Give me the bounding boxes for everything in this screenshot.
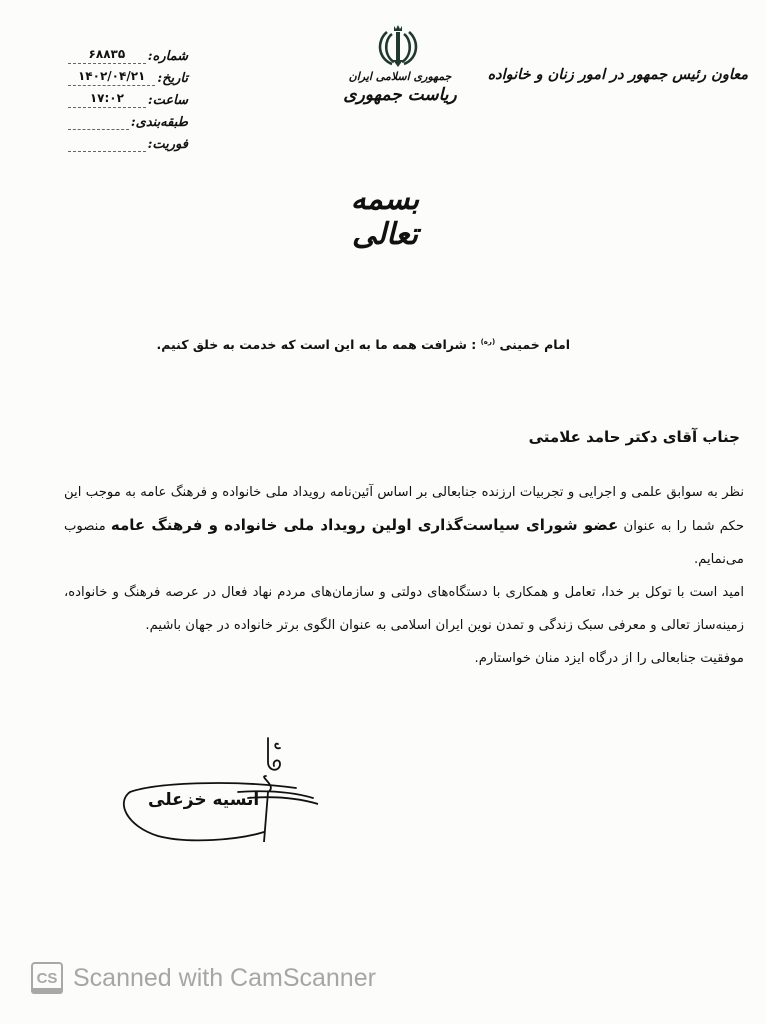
- camscanner-logo-icon: CS: [31, 962, 63, 994]
- quote-line: امام خمینی (ره) : شرافت همه ما به این اس…: [200, 337, 570, 352]
- meta-classification-row: طبقه‌بندی:: [68, 108, 188, 130]
- letter-date: ۱۴۰۲/۰۴/۲۱: [68, 69, 155, 86]
- meta-label: فوریت:: [148, 137, 188, 152]
- meta-label: تاریخ:: [157, 71, 188, 86]
- body-paragraph-closing: موفقیت جنابعالی را از درگاه ایزد منان خو…: [64, 642, 744, 675]
- meta-label: طبقه‌بندی:: [131, 115, 188, 130]
- handwritten-signature-icon: [118, 732, 318, 842]
- meta-label: ساعت:: [148, 93, 188, 108]
- quote-text: : شرافت همه ما به این است که خدمت به خلق…: [156, 337, 476, 352]
- body-paragraph-appointment: نظر به سوابق علمی و اجرایی و تجربیات ارز…: [64, 476, 744, 576]
- addressee: جناب آقای دکتر حامد علامتی: [529, 428, 740, 446]
- quote-speaker: امام خمینی: [500, 337, 570, 352]
- org-country: جمهوری اسلامی ایران: [330, 70, 470, 83]
- body-paragraph-hope: امید است با توکل بر خدا، تعامل و همکاری …: [64, 576, 744, 642]
- appointment-title: عضو شورای سیاست‌گذاری اولین رویداد ملی خ…: [111, 516, 618, 534]
- scanned-letter-page: شماره: ۶۸۸۳۵ تاریخ: ۱۴۰۲/۰۴/۲۱ ساعت: ۱۷:…: [0, 0, 766, 1024]
- camscanner-watermark: CS Scanned with CamScanner: [31, 962, 376, 994]
- org-office: ریاست جمهوری: [330, 85, 470, 105]
- iran-emblem-icon: [372, 24, 424, 68]
- meta-number-row: شماره: ۶۸۸۳۵: [68, 42, 188, 64]
- signature-block: انسیه خزعلی: [118, 732, 318, 842]
- letter-number: ۶۸۸۳۵: [68, 47, 146, 64]
- meta-urgency-row: فوریت:: [68, 130, 188, 152]
- basmala-heading: بسمه تعالی: [330, 182, 440, 252]
- meta-label: شماره:: [148, 49, 188, 64]
- meta-date-row: تاریخ: ۱۴۰۲/۰۴/۲۱: [68, 64, 188, 86]
- quote-honorific: (ره): [481, 338, 496, 346]
- letter-urgency: [68, 135, 146, 152]
- organization-title: جمهوری اسلامی ایران ریاست جمهوری: [330, 70, 470, 105]
- letter-classification: [68, 113, 129, 130]
- signatory-name: انسیه خزعلی: [148, 790, 259, 810]
- meta-time-row: ساعت: ۱۷:۰۲: [68, 86, 188, 108]
- department-title: معاون رئیس جمهور در امور زنان و خانواده: [488, 66, 748, 83]
- watermark-text: Scanned with CamScanner: [73, 964, 376, 993]
- letter-body: نظر به سوابق علمی و اجرایی و تجربیات ارز…: [64, 476, 744, 675]
- letter-time: ۱۷:۰۲: [68, 91, 146, 108]
- letter-meta-block: شماره: ۶۸۸۳۵ تاریخ: ۱۴۰۲/۰۴/۲۱ ساعت: ۱۷:…: [68, 42, 188, 152]
